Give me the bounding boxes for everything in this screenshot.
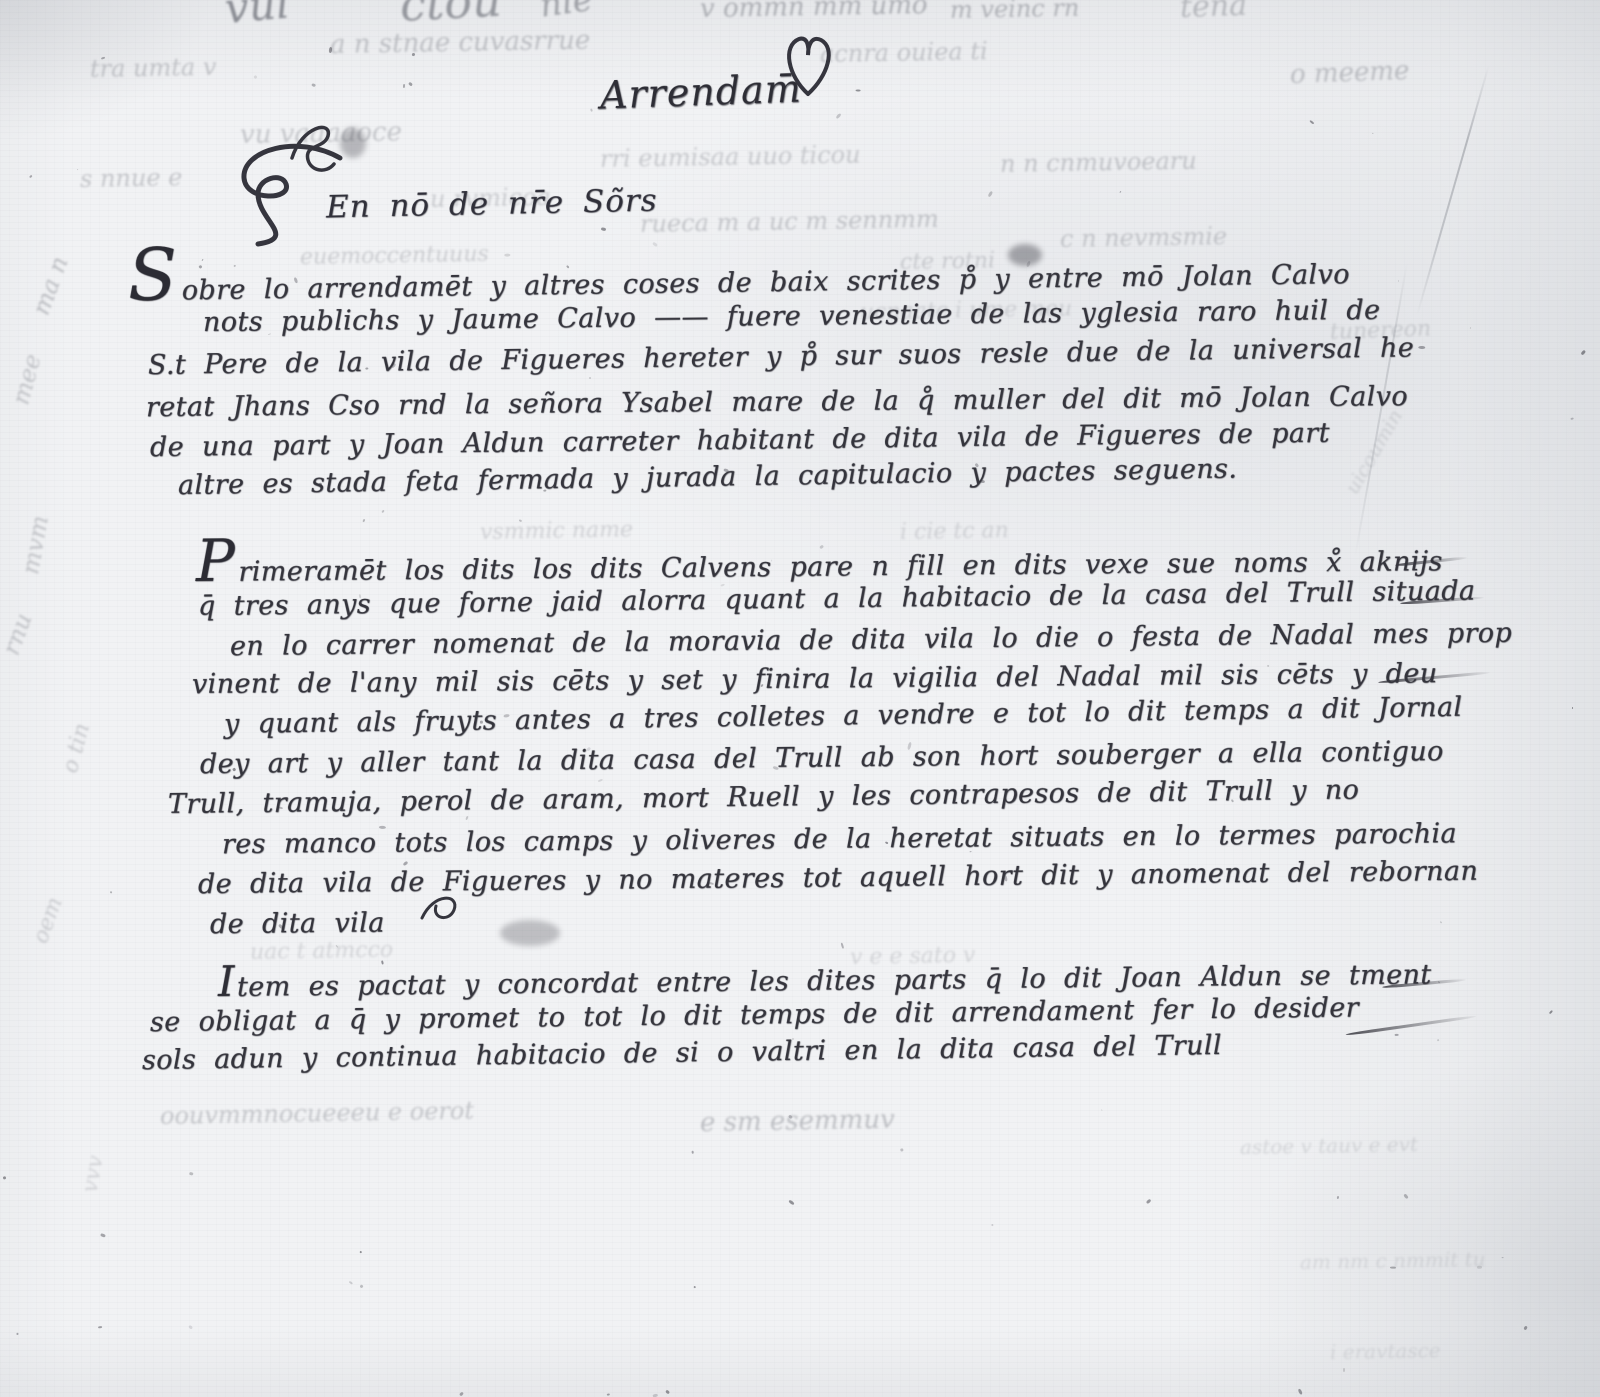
bleedthrough-scribble: oem: [28, 894, 68, 947]
bleedthrough-scribble: uac t atmcco: [250, 938, 394, 965]
bleedthrough-scribble: i eravtasce: [1330, 1338, 1441, 1364]
ink-speck: [855, 89, 860, 91]
manuscript-line: en lo carrer nomenat de la moravia de di…: [230, 617, 1513, 664]
bleedthrough-scribble: n n cnmuvoearu: [1000, 147, 1197, 178]
ink-speck: [1501, 1257, 1503, 1258]
ink-speck: [363, 519, 366, 522]
bleedthrough-scribble: uicoumin: [1340, 405, 1408, 498]
ink-speck: [653, 242, 658, 247]
ink-speck: [694, 1286, 696, 1288]
ink-speck: [411, 53, 414, 56]
bleedthrough-scribble: am nm c nmmit tu: [1300, 1247, 1486, 1274]
ink-speck: [1437, 980, 1439, 983]
ink-speck: [1398, 280, 1400, 282]
ink-speck: [101, 56, 106, 59]
ink-speck: [1343, 1368, 1345, 1372]
ink-speck: [403, 84, 405, 88]
ink-speck: [1570, 418, 1574, 421]
ink-speck: [329, 47, 333, 53]
ink-speck: [518, 519, 522, 523]
ink-speck: [1439, 921, 1441, 924]
bleedthrough-scribble: ma n: [27, 253, 74, 319]
ink-speck: [836, 113, 842, 120]
bleedthrough-scribble: rri eumisaa uuo ticou: [600, 140, 861, 173]
ink-speck: [101, 1233, 106, 1237]
invocation-line: En nō de nr̄e Sõrs: [326, 183, 658, 226]
bleedthrough-scribble: o tin: [58, 721, 95, 776]
bleedthrough-scribble: nie: [537, 0, 595, 26]
manuscript-page: vuictouniev ommn mm umom veinc rntenaa n…: [0, 0, 1600, 1397]
ink-speck: [381, 961, 384, 965]
ink-speck: [591, 108, 593, 111]
ink-speck: [1549, 1010, 1553, 1014]
ink-speck: [77, 169, 79, 171]
ink-speck: [17, 1332, 19, 1334]
ink-speck: [1298, 1388, 1303, 1394]
manuscript-line: res manco tots los camps y oliveres de l…: [222, 817, 1457, 862]
bleedthrough-scribble: acnra ouiea ti: [820, 37, 988, 68]
ink-speck: [589, 377, 591, 379]
ink-speck: [788, 1199, 795, 1205]
ink-speck: [665, 1389, 670, 1394]
ink-speck: [459, 1391, 464, 1396]
ink-speck: [1391, 1267, 1397, 1269]
ink-speck: [253, 75, 257, 79]
ink-speck: [1145, 1199, 1151, 1205]
manuscript-line: de dita vila de Figueres y no materes to…: [198, 855, 1479, 902]
bleedthrough-scribble: a n stnae cuvasrrue: [330, 25, 591, 60]
ink-speck: [1309, 120, 1314, 124]
bleedthrough-scribble: v ommn mm umo: [700, 0, 928, 24]
ink-speck: [311, 83, 316, 87]
ink-speck: [841, 943, 845, 949]
ink-smudge: [340, 128, 366, 158]
manuscript-line: de dita vila: [210, 906, 385, 942]
bleedthrough-scribble: m veinc rn: [950, 0, 1080, 24]
bleedthrough-scribble: oouvmmnocueeeu e oerot: [160, 1097, 474, 1130]
ink-speck: [691, 1151, 694, 1154]
manuscript-line: S.t Pere de la vila de Figueres hereter …: [148, 331, 1415, 383]
ink-speck: [788, 1115, 793, 1120]
ink-speck: [991, 1223, 994, 1226]
ink-speck: [1337, 1196, 1339, 1199]
bleedthrough-scribble: tena: [1179, 0, 1247, 25]
ink-speck: [1436, 1039, 1439, 1042]
document-kind-title: Arrendam̄: [599, 66, 802, 117]
bleedthrough-scribble: vvv: [78, 1154, 109, 1195]
ink-speck: [1119, 191, 1121, 193]
bleedthrough-scribble: tra umta v: [90, 53, 217, 83]
ink-speck: [360, 1285, 364, 1289]
ink-speck: [1572, 707, 1573, 709]
crease-line: [1416, 65, 1490, 315]
ink-speck: [606, 1393, 610, 1396]
ink-speck: [110, 891, 113, 893]
manuscript-line: Trull, tramuja, perol de aram, mort Ruel…: [168, 773, 1360, 822]
ink-speck: [899, 1148, 903, 1152]
ink-speck: [653, 1393, 658, 1397]
bleedthrough-scribble: rnu: [0, 609, 38, 658]
ink-speck: [335, 945, 338, 948]
ink-speck: [1523, 1326, 1528, 1331]
ink-speck: [988, 190, 993, 196]
bleedthrough-scribble: vsmmic name: [480, 517, 633, 545]
bleedthrough-scribble: s nnue e: [80, 163, 183, 193]
bleedthrough-scribble: astoe v tauv e evt: [1240, 1132, 1418, 1159]
ink-speck: [1404, 1194, 1409, 1199]
ink-smudge: [500, 920, 560, 946]
ink-speck: [1470, 327, 1471, 329]
ink-speck: [1418, 345, 1425, 349]
bleedthrough-scribble: o meeme: [1289, 56, 1409, 90]
ink-speck: [382, 509, 386, 513]
bleedthrough-scribble: mee: [6, 351, 46, 408]
ink-speck: [1100, 1109, 1102, 1112]
ink-speck: [2, 1175, 6, 1179]
bleedthrough-scribble: mvm: [16, 513, 54, 576]
ink-speck: [1372, 133, 1373, 134]
bleedthrough-scribble: vui: [223, 0, 291, 33]
ink-speck: [189, 1172, 193, 1176]
ink-speck: [349, 1281, 353, 1285]
bleedthrough-scribble: ctou: [399, 0, 503, 32]
bleedthrough-scribble: e sm esemmuv: [700, 1105, 895, 1138]
ink-speck: [601, 227, 606, 231]
ink-speck: [98, 1326, 103, 1328]
ink-speck: [30, 174, 33, 177]
ink-speck: [188, 1324, 193, 1329]
ink-speck: [360, 1251, 363, 1253]
ink-speck: [1581, 350, 1586, 355]
ink-speck: [1395, 1034, 1399, 1036]
y-flourish: [286, 116, 346, 182]
bleedthrough-scribble: vu vaaaaoce: [240, 117, 402, 150]
ink-speck: [1478, 1266, 1483, 1269]
bleedthrough-scribble: rueca m a uc m sennmm: [640, 205, 939, 238]
flourish-tail: [1345, 1015, 1476, 1036]
ink-speck: [408, 81, 413, 86]
